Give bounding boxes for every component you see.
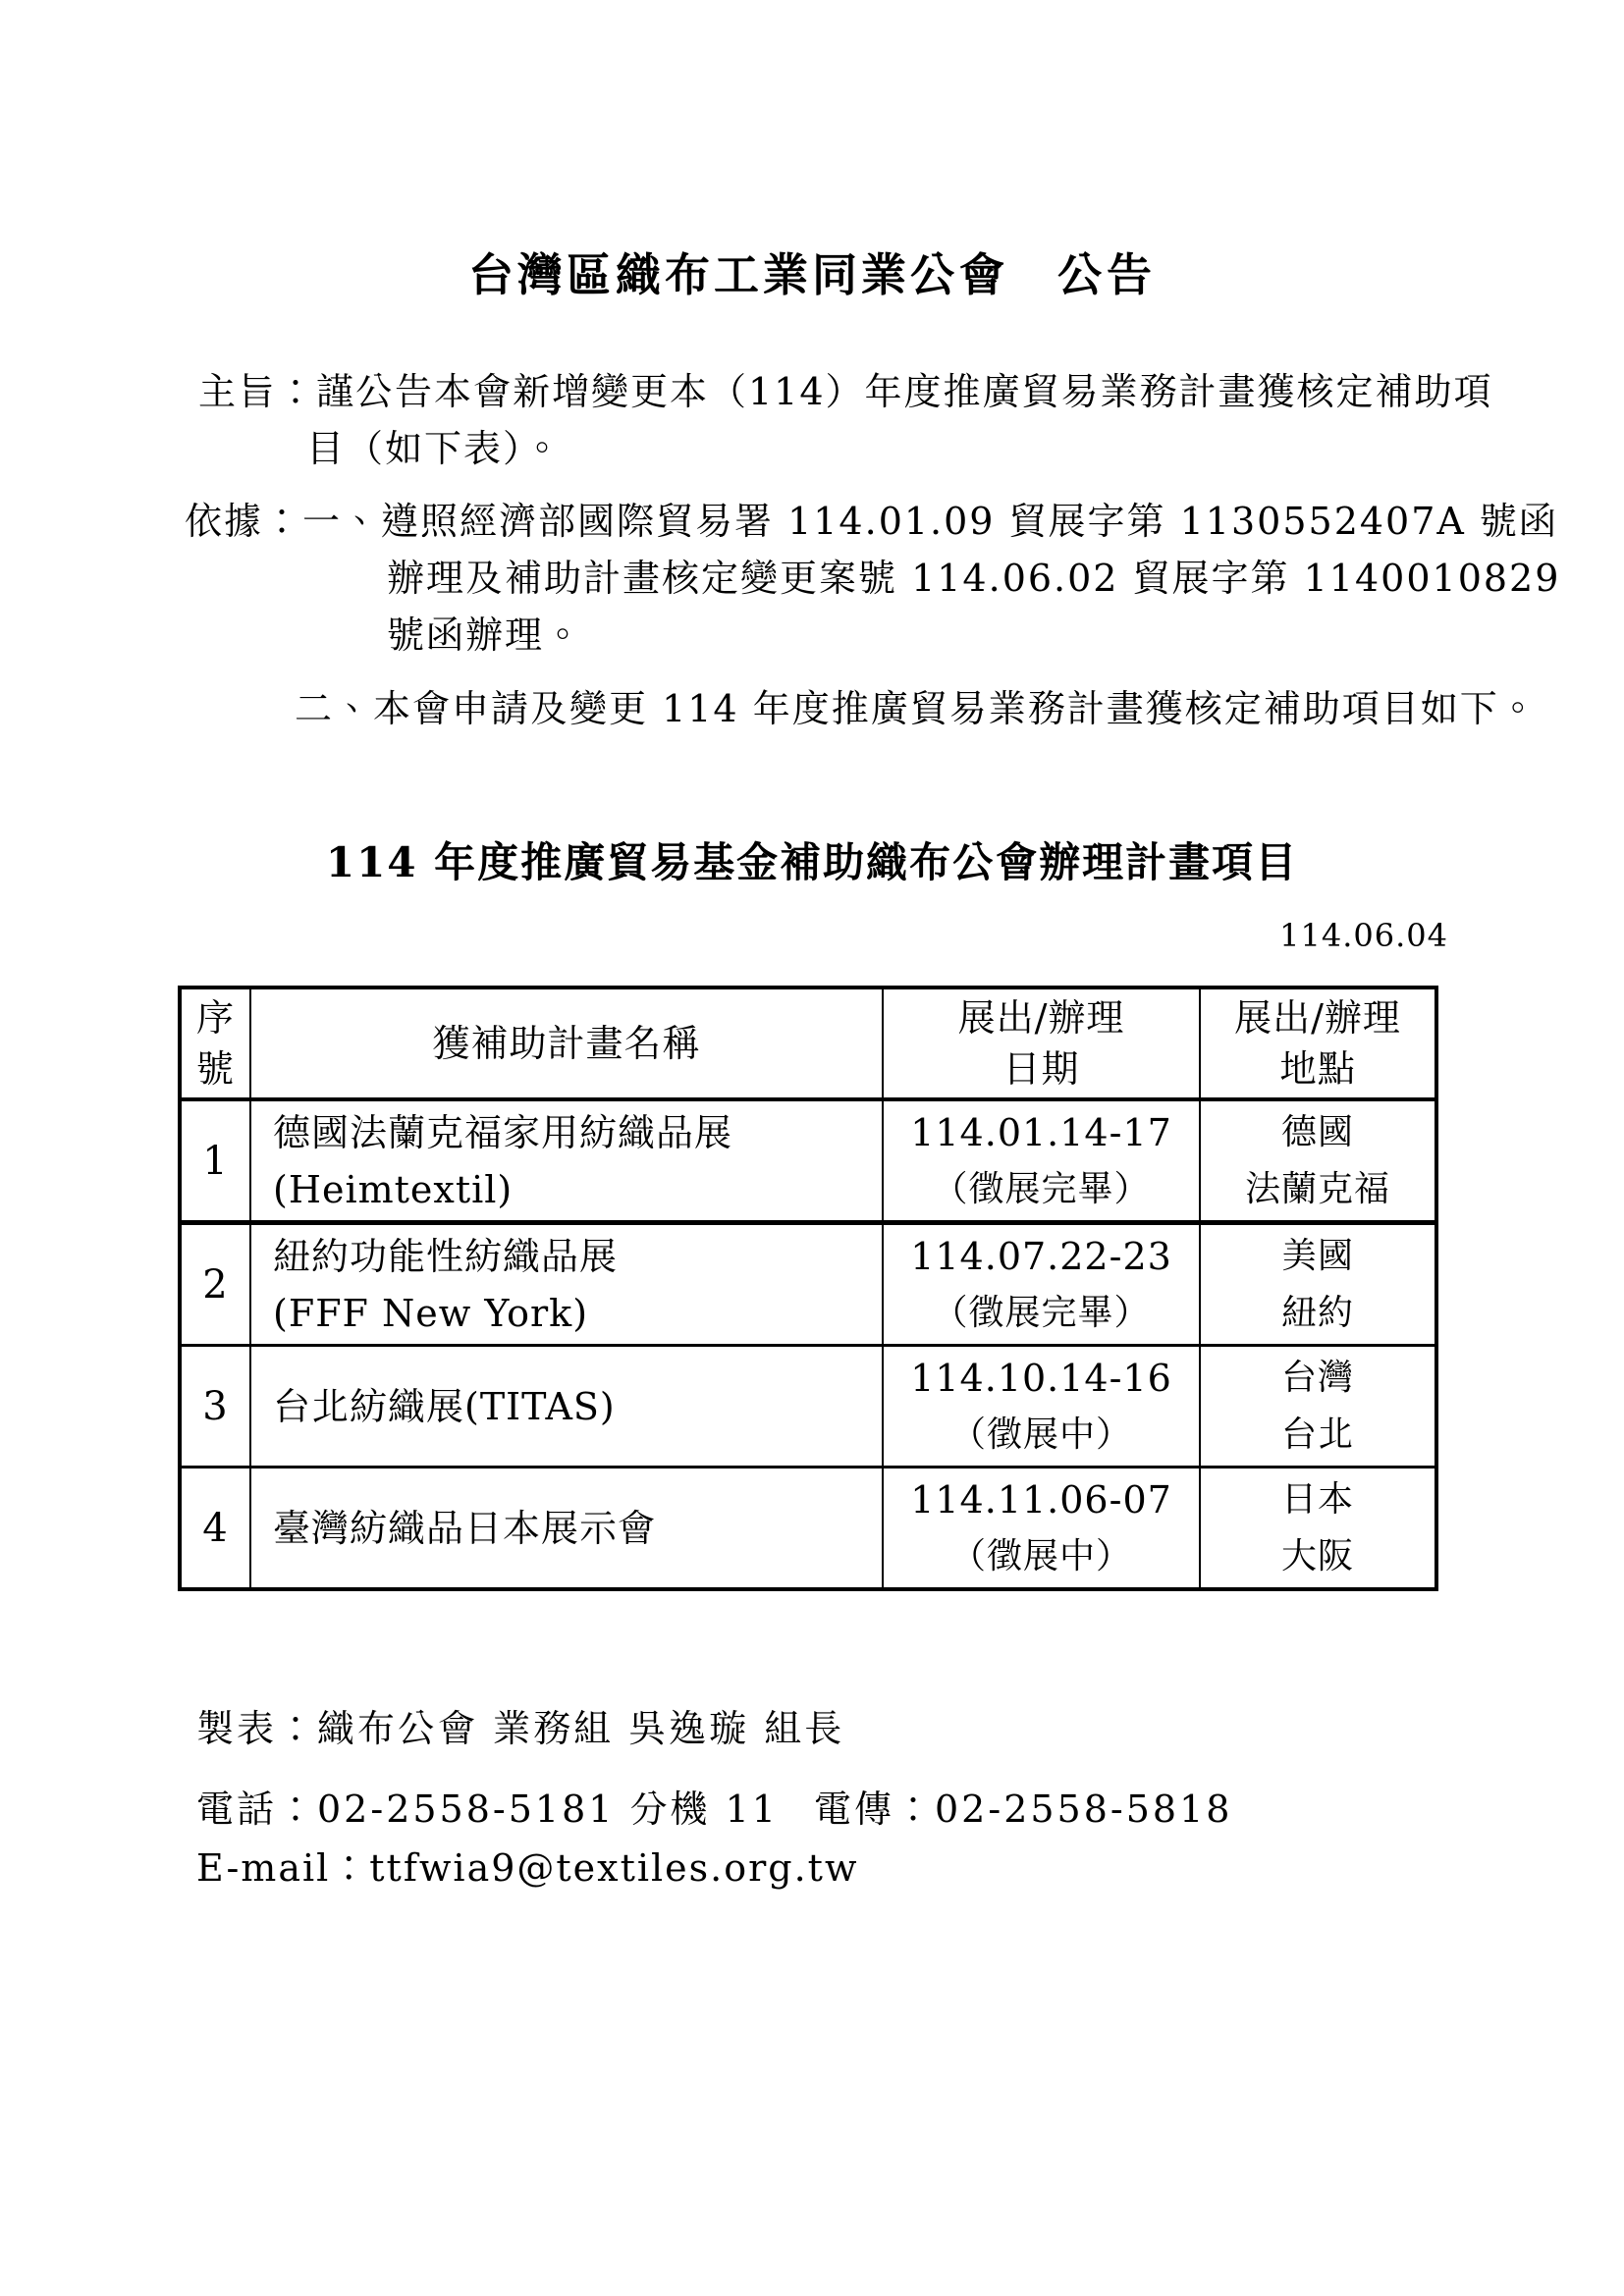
- basis-line-3: 號函辦理。: [387, 607, 1560, 664]
- program-name-line-2: (Heimtextil): [273, 1161, 882, 1218]
- exhibit-date-value: 114.01.14-17: [884, 1104, 1199, 1161]
- table-row: 1 德國法蘭克福家用紡織品展 (Heimtextil) 114.01.14-17…: [180, 1099, 1436, 1223]
- email-line: E-mail：ttfwia9@textiles.org.tw: [196, 1845, 858, 1891]
- exhibit-location-line-2: 紐約: [1201, 1285, 1435, 1342]
- header-serial-line-2: 號: [182, 1043, 249, 1095]
- exhibit-date-value: 114.11.06-07: [884, 1471, 1199, 1528]
- row-serial: 2: [180, 1223, 250, 1346]
- row-serial: 3: [180, 1346, 250, 1468]
- row-serial: 1: [180, 1099, 250, 1223]
- subject-line-2: 目（如下表）。: [306, 420, 1493, 477]
- table-header-row: 序 號 獲補助計畫名稱 展出/辦理 日期 展出/辦理 地點: [180, 988, 1436, 1099]
- basis-line-1: 依據：一、遵照經濟部國際貿易署 114.01.09 貿展字第 113055240…: [185, 493, 1560, 550]
- row-program-name: 紐約功能性紡織品展 (FFF New York): [250, 1223, 883, 1346]
- row-exhibit-location: 德國 法蘭克福: [1200, 1099, 1436, 1223]
- header-date-line-2: 日期: [884, 1043, 1199, 1095]
- exhibit-date-status: （徵展完畢）: [884, 1285, 1199, 1342]
- header-loc-line-2: 地點: [1201, 1043, 1435, 1095]
- program-name-line-1: 台北紡織展(TITAS): [273, 1378, 882, 1435]
- fax-line: 電傳：02-2558-5818: [814, 1787, 1232, 1832]
- program-name-line-2: (FFF New York): [273, 1285, 882, 1342]
- row-serial: 4: [180, 1468, 250, 1590]
- basis-item-2: 二、本會申請及變更 114 年度推廣貿易業務計畫獲核定補助項目如下。: [295, 685, 1539, 732]
- phone-line: 電話：02-2558-5181 分機 11: [196, 1787, 779, 1832]
- exhibit-location-line-1: 美國: [1201, 1228, 1435, 1285]
- program-name-line-1: 德國法蘭克福家用紡織品展: [273, 1104, 882, 1161]
- row-exhibit-date: 114.01.14-17 （徵展完畢）: [883, 1099, 1200, 1223]
- document-title: 台灣區織布工業同業公會 公告: [0, 245, 1624, 304]
- program-name-line-1: 臺灣紡織品日本展示會: [273, 1500, 882, 1557]
- subject-paragraph: 主旨：謹公告本會新增變更本（114）年度推廣貿易業務計畫獲核定補助項 目（如下表…: [198, 363, 1493, 477]
- row-program-name: 臺灣紡織品日本展示會: [250, 1468, 883, 1590]
- header-serial-number: 序 號: [180, 988, 250, 1099]
- basis-line-2: 辦理及補助計畫核定變更案號 114.06.02 貿展字第 1140010829: [387, 550, 1560, 607]
- exhibit-date-value: 114.07.22-23: [884, 1228, 1199, 1285]
- exhibit-date-status: （徵展中）: [884, 1407, 1199, 1464]
- announcement-page: 台灣區織布工業同業公會 公告 主旨：謹公告本會新增變更本（114）年度推廣貿易業…: [0, 0, 1624, 2296]
- header-program-name: 獲補助計畫名稱: [250, 988, 883, 1099]
- header-exhibit-date: 展出/辦理 日期: [883, 988, 1200, 1099]
- header-loc-line-1: 展出/辦理: [1201, 992, 1435, 1043]
- exhibit-date-value: 114.10.14-16: [884, 1350, 1199, 1407]
- row-program-name: 台北紡織展(TITAS): [250, 1346, 883, 1468]
- exhibit-location-line-2: 大阪: [1201, 1528, 1435, 1585]
- table-row: 4 臺灣紡織品日本展示會 114.11.06-07 （徵展中） 日本 大阪: [180, 1468, 1436, 1590]
- row-exhibit-date: 114.10.14-16 （徵展中）: [883, 1346, 1200, 1468]
- subsidy-program-table: 序 號 獲補助計畫名稱 展出/辦理 日期 展出/辦理 地點 1 德國法蘭克福家用…: [178, 986, 1438, 1591]
- document-date: 114.06.04: [178, 917, 1448, 954]
- row-exhibit-date: 114.11.06-07 （徵展中）: [883, 1468, 1200, 1590]
- subject-line-1: 主旨：謹公告本會新增變更本（114）年度推廣貿易業務計畫獲核定補助項: [198, 363, 1493, 420]
- exhibit-location-line-2: 台北: [1201, 1407, 1435, 1464]
- exhibit-location-line-1: 台灣: [1201, 1350, 1435, 1407]
- exhibit-location-line-1: 德國: [1201, 1104, 1435, 1161]
- prepared-by-line: 製表：織布公會 業務組 吳逸璇 組長: [196, 1706, 844, 1751]
- row-exhibit-date: 114.07.22-23 （徵展完畢）: [883, 1223, 1200, 1346]
- exhibit-date-status: （徵展中）: [884, 1528, 1199, 1585]
- program-name-line-1: 紐約功能性紡織品展: [273, 1228, 882, 1285]
- exhibit-location-line-1: 日本: [1201, 1471, 1435, 1528]
- row-program-name: 德國法蘭克福家用紡織品展 (Heimtextil): [250, 1099, 883, 1223]
- table-row: 2 紐約功能性紡織品展 (FFF New York) 114.07.22-23 …: [180, 1223, 1436, 1346]
- row-exhibit-location: 日本 大阪: [1200, 1468, 1436, 1590]
- table-row: 3 台北紡織展(TITAS) 114.10.14-16 （徵展中） 台灣 台北: [180, 1346, 1436, 1468]
- header-date-line-1: 展出/辦理: [884, 992, 1199, 1043]
- row-exhibit-location: 台灣 台北: [1200, 1346, 1436, 1468]
- basis-paragraph: 依據：一、遵照經濟部國際貿易署 114.01.09 貿展字第 113055240…: [185, 493, 1560, 664]
- row-exhibit-location: 美國 紐約: [1200, 1223, 1436, 1346]
- exhibit-date-status: （徵展完畢）: [884, 1161, 1199, 1218]
- exhibit-location-line-2: 法蘭克福: [1201, 1161, 1435, 1218]
- table-title: 114 年度推廣貿易基金補助織布公會辦理計畫項目: [0, 837, 1624, 888]
- header-exhibit-location: 展出/辦理 地點: [1200, 988, 1436, 1099]
- header-serial-line-1: 序: [182, 992, 249, 1043]
